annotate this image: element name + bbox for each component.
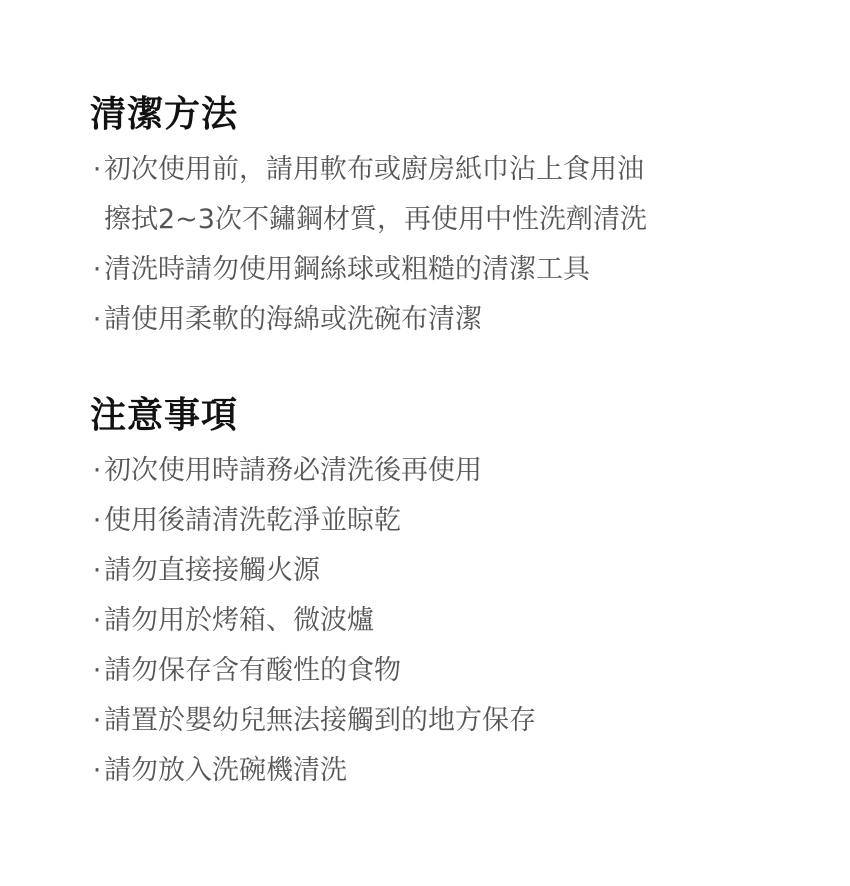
bullet-icon: ·: [90, 496, 104, 546]
list-item-text-continued: 擦拭2~3次不鏽鋼材質，再使用中性洗劑清洗: [104, 195, 647, 245]
precautions-list: · 初次使用時請務必清洗後再使用 · 使用後請清洗乾淨並晾乾 · 請勿直接接觸火…: [90, 446, 536, 796]
list-item: · 初次使用前，請用軟布或廚房紙巾沾上食用油 擦拭2~3次不鏽鋼材質，再使用中性…: [90, 145, 647, 245]
bullet-icon: ·: [90, 295, 104, 345]
bullet-icon: ·: [90, 696, 104, 746]
list-item-text: 初次使用時請務必清洗後再使用: [104, 446, 482, 496]
list-item: · 請置於嬰幼兒無法接觸到的地方保存: [90, 696, 536, 746]
cleaning-method-section: 清潔方法 · 初次使用前，請用軟布或廚房紙巾沾上食用油 擦拭2~3次不鏽鋼材質，…: [90, 93, 647, 345]
list-item-text: 使用後請清洗乾淨並晾乾: [104, 496, 401, 546]
precautions-section: 注意事項 · 初次使用時請務必清洗後再使用 · 使用後請清洗乾淨並晾乾 · 請勿…: [90, 394, 536, 796]
bullet-icon: ·: [90, 746, 104, 796]
list-item: · 請勿放入洗碗機清洗: [90, 746, 536, 796]
list-item: · 請勿直接接觸火源: [90, 546, 536, 596]
section-title-precautions: 注意事項: [90, 394, 536, 438]
list-item-text: 請勿用於烤箱、微波爐: [104, 596, 374, 646]
bullet-icon: ·: [90, 646, 104, 696]
list-item-text: 請使用柔軟的海綿或洗碗布清潔: [104, 295, 482, 345]
cleaning-method-list: · 初次使用前，請用軟布或廚房紙巾沾上食用油 擦拭2~3次不鏽鋼材質，再使用中性…: [90, 145, 647, 345]
bullet-icon: ·: [90, 446, 104, 496]
list-item: · 請勿保存含有酸性的食物: [90, 646, 536, 696]
list-item: · 清洗時請勿使用鋼絲球或粗糙的清潔工具: [90, 245, 647, 295]
section-title-cleaning: 清潔方法: [90, 93, 647, 137]
list-item-text: 請勿保存含有酸性的食物: [104, 646, 401, 696]
list-item-text: 請勿直接接觸火源: [104, 546, 320, 596]
list-item: · 請勿用於烤箱、微波爐: [90, 596, 536, 646]
list-item: · 請使用柔軟的海綿或洗碗布清潔: [90, 295, 647, 345]
list-item: · 使用後請清洗乾淨並晾乾: [90, 496, 536, 546]
list-item-text: 請勿放入洗碗機清洗: [104, 746, 347, 796]
bullet-icon: ·: [90, 546, 104, 596]
list-item-text: 清洗時請勿使用鋼絲球或粗糙的清潔工具: [104, 245, 590, 295]
bullet-icon: ·: [90, 245, 104, 295]
list-item-text: 請置於嬰幼兒無法接觸到的地方保存: [104, 696, 536, 746]
bullet-icon: ·: [90, 145, 104, 195]
list-item-text: 初次使用前，請用軟布或廚房紙巾沾上食用油: [104, 145, 647, 195]
bullet-icon: ·: [90, 596, 104, 646]
list-item: · 初次使用時請務必清洗後再使用: [90, 446, 536, 496]
